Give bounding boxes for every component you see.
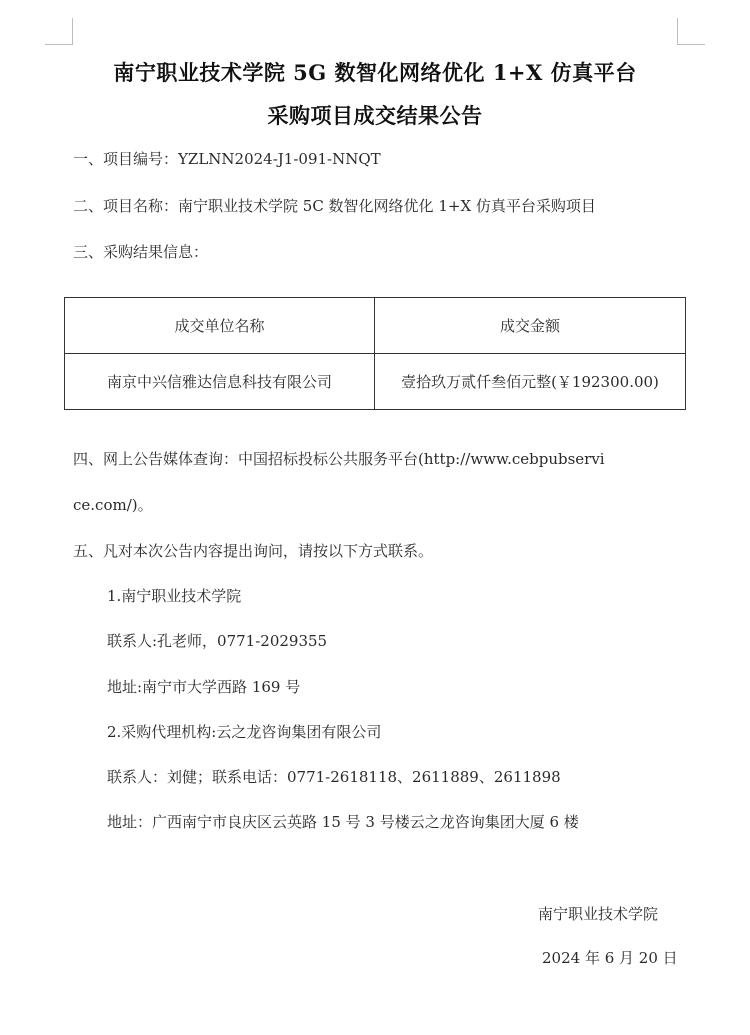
section-contact-heading: 五、凡对本次公告内容提出询问，请按以下方式联系。: [73, 540, 433, 561]
document-title-line-2: 采购项目成交结果公告: [0, 100, 750, 130]
table-row: 南京中兴信雅达信息科技有限公司 壹拾玖万贰仟叁佰元整(￥192300.00): [65, 354, 686, 410]
document-title-line-1: 南宁职业技术学院 5G 数智化网络优化 1+X 仿真平台: [0, 57, 750, 87]
contact-org1-address: 地址:南宁市大学西路 169 号: [107, 676, 300, 697]
table-cell-winner: 南京中兴信雅达信息科技有限公司: [65, 354, 375, 410]
contact-org2-address: 地址：广西南宁市良庆区云英路 15 号 3 号楼云之龙咨询集团大厦 6 楼: [107, 811, 579, 832]
table-header-row: 成交单位名称 成交金额: [65, 298, 686, 354]
table-header-winner: 成交单位名称: [65, 298, 375, 354]
contact-org1-person: 联系人:孔老师，0771-2029355: [107, 630, 327, 651]
page-corner-mark-top-left: [45, 18, 73, 45]
result-table: 成交单位名称 成交金额 南京中兴信雅达信息科技有限公司 壹拾玖万贰仟叁佰元整(￥…: [64, 297, 686, 410]
contact-org1-name: 1.南宁职业技术学院: [107, 585, 241, 606]
section-result-info-heading: 三、采购结果信息：: [73, 241, 208, 262]
page-corner-mark-top-right: [677, 18, 705, 45]
section-media-query-cont: ce.com/)。: [73, 494, 153, 515]
signature-date: 2024 年 6 月 20 日: [542, 947, 678, 968]
signature-issuer: 南宁职业技术学院: [538, 903, 658, 924]
table-cell-amount: 壹拾玖万贰仟叁佰元整(￥192300.00): [375, 354, 686, 410]
table-header-amount: 成交金额: [375, 298, 686, 354]
contact-org2-name: 2.采购代理机构:云之龙咨询集团有限公司: [107, 721, 381, 742]
section-project-number: 一、项目编号：YZLNN2024-J1-091-NNQT: [73, 148, 381, 169]
section-media-query: 四、网上公告媒体查询：中国招标投标公共服务平台(http://www.cebpu…: [73, 448, 605, 469]
section-project-name: 二、项目名称：南宁职业技术学院 5C 数智化网络优化 1+X 仿真平台采购项目: [73, 195, 596, 216]
contact-org2-person: 联系人：刘健；联系电话：0771-2618118、2611889、2611898: [107, 766, 561, 787]
